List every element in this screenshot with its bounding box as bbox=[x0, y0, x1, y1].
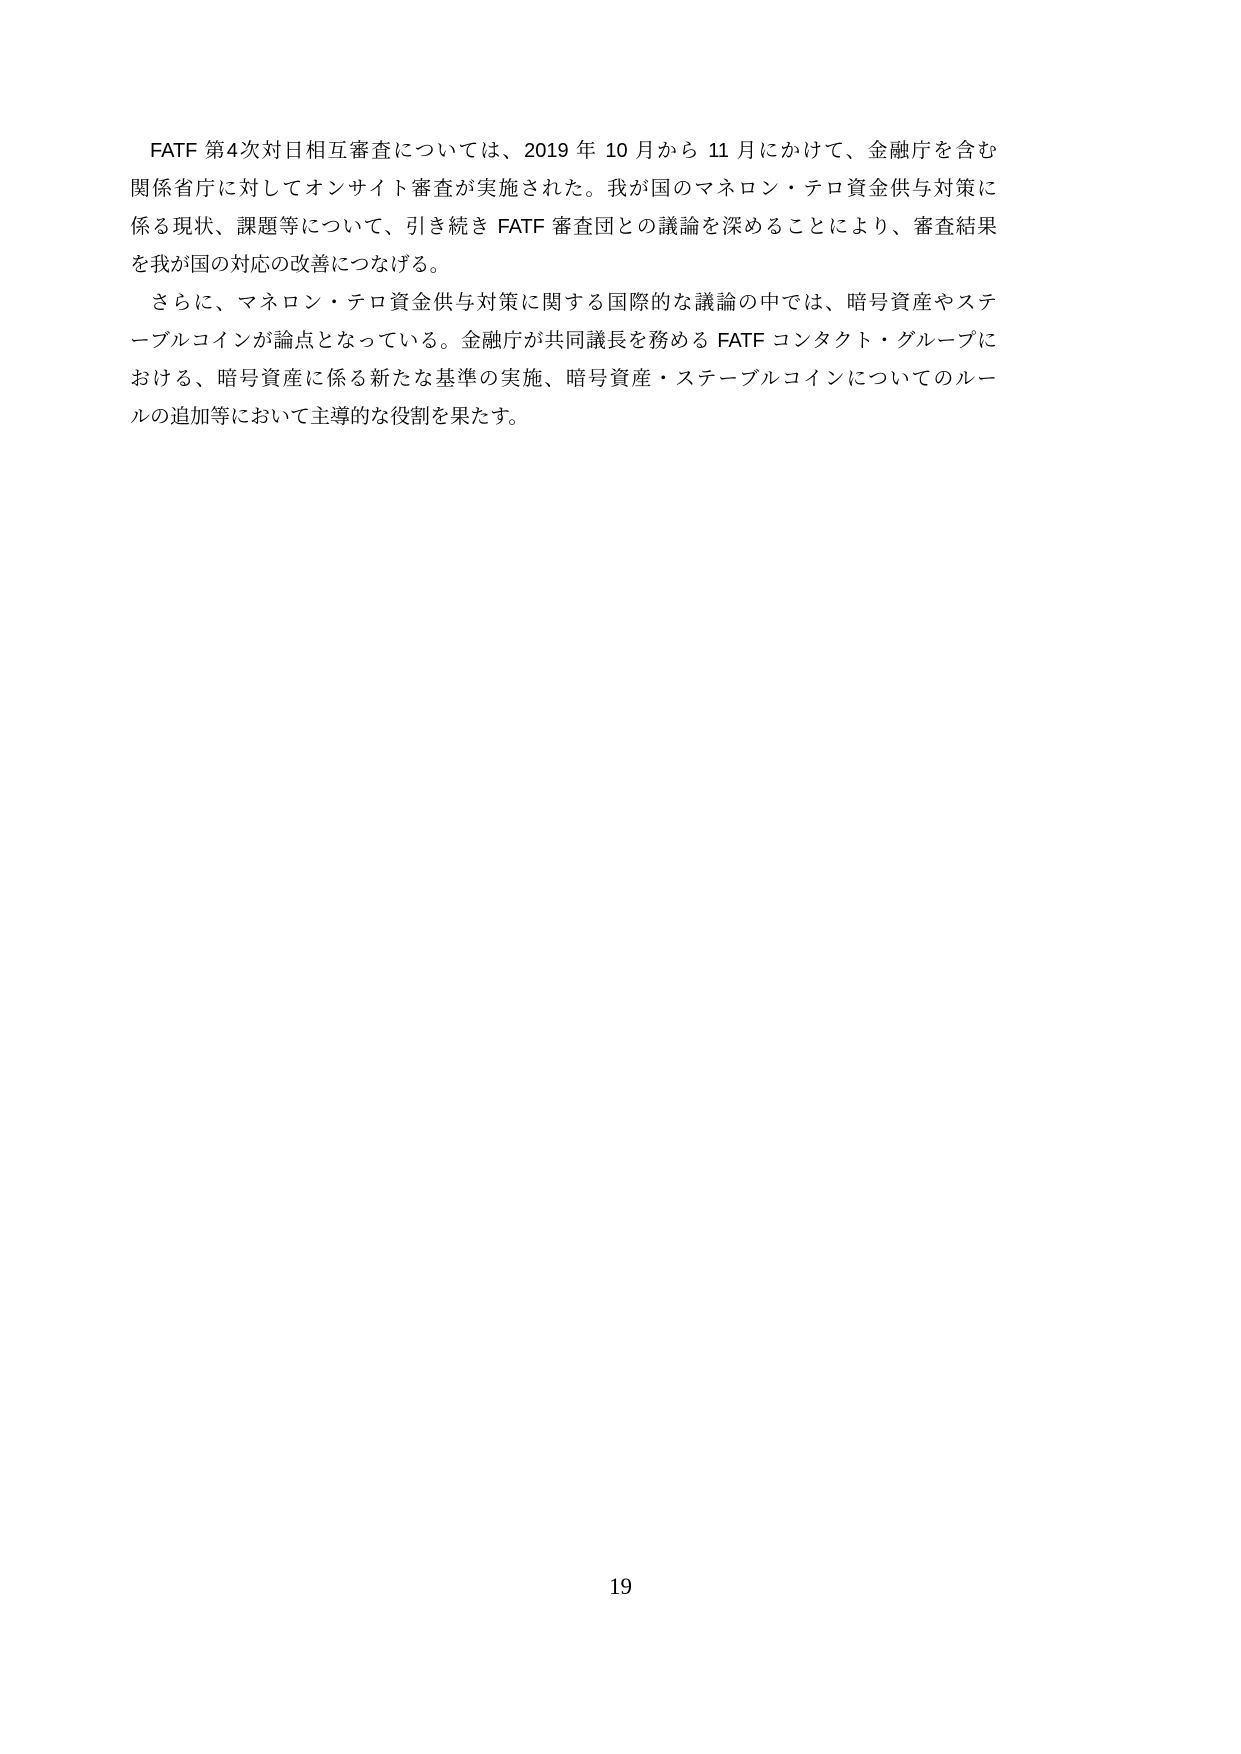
body-line: おける、暗号資産に係る新たな基準の実施、暗号資産・ステーブルコインについてのルー bbox=[130, 360, 997, 398]
paragraph-fatf-mutual-evaluation: FATF 第4次対日相互審査については、2019 年 10 月から 11 月にか… bbox=[130, 132, 997, 284]
body-line: を我が国の対応の改善につなげる。 bbox=[130, 246, 997, 284]
document-page: FATF 第4次対日相互審査については、2019 年 10 月から 11 月にか… bbox=[0, 0, 1241, 1754]
body-text: FATF 第4次対日相互審査については、2019 年 10 月から 11 月にか… bbox=[130, 132, 997, 436]
body-line: さらに、マネロン・テロ資金供与対策に関する国際的な議論の中では、暗号資産やステ bbox=[130, 284, 997, 322]
page-number: 19 bbox=[0, 1572, 1241, 1602]
body-line: 関係省庁に対してオンサイト審査が実施された。我が国のマネロン・テロ資金供与対策に bbox=[130, 170, 997, 208]
paragraph-crypto-stablecoin: さらに、マネロン・テロ資金供与対策に関する国際的な議論の中では、暗号資産やステ … bbox=[130, 284, 997, 436]
body-line: 係る現状、課題等について、引き続き FATF 審査団との議論を深めることにより、… bbox=[130, 208, 997, 246]
body-line: ーブルコインが論点となっている。金融庁が共同議長を務める FATF コンタクト・… bbox=[130, 322, 997, 360]
body-line: ルの追加等において主導的な役割を果たす。 bbox=[130, 398, 997, 436]
body-line: FATF 第4次対日相互審査については、2019 年 10 月から 11 月にか… bbox=[130, 132, 997, 170]
